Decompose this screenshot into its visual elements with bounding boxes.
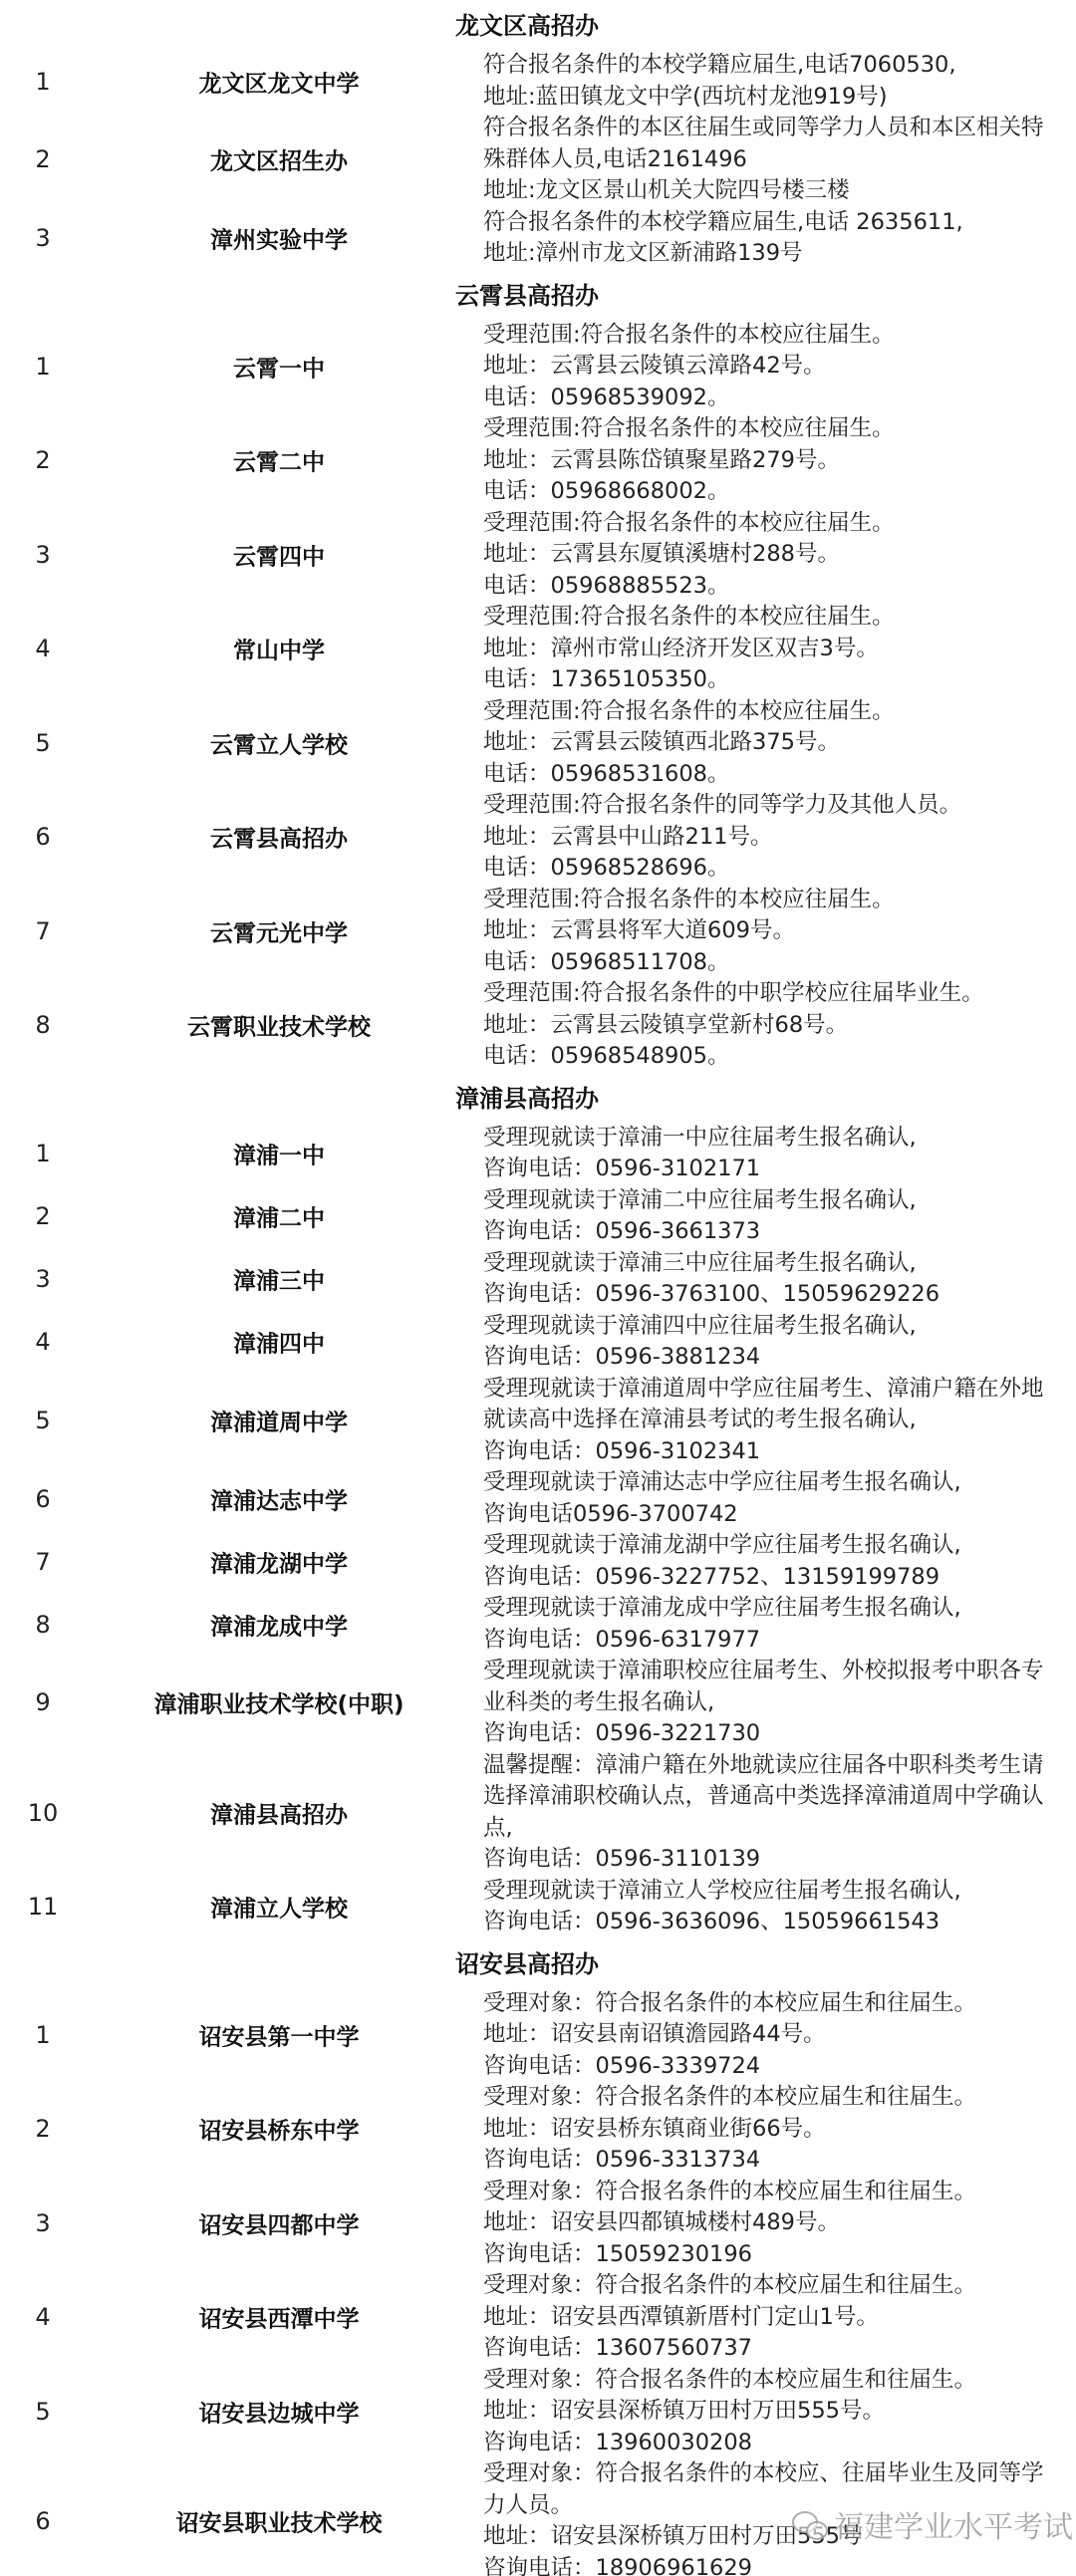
school-name: 漳浦达志中学: [120, 1482, 438, 1515]
school-name: 云霄四中: [120, 538, 438, 571]
site-details: 受理对象：符合报名条件的本校应届生和往届生。地址：诏安县桥东镇商业街66号。咨询…: [483, 2082, 1076, 2177]
detail-line: 受理现就读于漳浦四中应往届考生报名确认,: [483, 1311, 1076, 1343]
detail-line: 受理范围:符合报名条件的本校应往届生。: [483, 413, 1076, 445]
detail-line: 受理现就读于漳浦道周中学应往届考生、漳浦户籍在外地: [483, 1374, 1076, 1406]
detail-line: 受理对象：符合报名条件的本校应届生和往届生。: [483, 2177, 1076, 2208]
row-number: 3: [0, 1265, 86, 1293]
detail-line: 电话：05968531608。: [483, 759, 1076, 791]
wechat-icon: [792, 2509, 828, 2539]
detail-line: 咨询电话：0596-3227752、13159199789: [483, 1562, 1076, 1594]
row-number: 9: [0, 1688, 86, 1716]
row-number: 3: [0, 224, 86, 252]
site-details: 受理现就读于漳浦一中应往届考生报名确认,咨询电话：0596-3102171: [483, 1123, 1076, 1185]
detail-line: 受理范围:符合报名条件的同等学力及其他人员。: [483, 790, 1076, 822]
school-name: 常山中学: [120, 633, 438, 665]
watermark: 福建学业水平考试: [792, 2502, 1073, 2546]
detail-line: 受理对象：符合报名条件的本校应届生和往届生。: [483, 2365, 1076, 2397]
table-row: 9漳浦职业技术学校(中职)受理现就读于漳浦职校应往届考生、外校拟报考中职各专业科…: [0, 1656, 1076, 1750]
site-details: 受理范围:符合报名条件的同等学力及其他人员。地址：云霄县中山路211号。电话：0…: [483, 790, 1076, 885]
detail-line: 受理范围:符合报名条件的本校应往届生。: [483, 696, 1076, 728]
table-row: 3漳州实验中学符合报名条件的本校学籍应届生,电话 2635611,地址:漳州市龙…: [0, 207, 1076, 270]
site-details: 受理现就读于漳浦龙成中学应往届考生报名确认,咨询电话：0596-6317977: [483, 1593, 1076, 1656]
site-details: 受理现就读于漳浦四中应往届考生报名确认,咨询电话：0596-3881234: [483, 1311, 1076, 1374]
detail-line: 点,: [483, 1813, 1076, 1845]
site-details: 受理对象：符合报名条件的本校应届生和往届生。地址：诏安县深桥镇万田村万田555号…: [483, 2365, 1076, 2459]
site-details: 符合报名条件的本校学籍应届生,电话7060530,地址:蓝田镇龙文中学(西坑村龙…: [483, 50, 1076, 113]
site-details: 受理现就读于漳浦龙湖中学应往届考生报名确认,咨询电话：0596-3227752、…: [483, 1530, 1076, 1593]
table-row: 5云霄立人学校受理范围:符合报名条件的本校应往届生。地址：云霄县云陵镇西北路37…: [0, 696, 1076, 791]
table-row: 11漳浦立人学校受理现就读于漳浦立人学校应往届考生报名确认,咨询电话：0596-…: [0, 1876, 1076, 1938]
site-details: 受理对象：符合报名条件的本校应届生和往届生。地址：诏安县西潭镇新厝村门定山1号。…: [483, 2270, 1076, 2365]
table-row: 2漳浦二中受理现就读于漳浦二中应往届考生报名确认,咨询电话：0596-36613…: [0, 1185, 1076, 1248]
detail-line: 地址：诏安县四都镇城楼村489号。: [483, 2207, 1076, 2239]
row-number: 8: [0, 1011, 86, 1039]
detail-line: 受理对象：符合报名条件的本校应、往届毕业生及同等学: [483, 2458, 1076, 2490]
site-details: 受理现就读于漳浦道周中学应往届考生、漳浦户籍在外地就读高中选择在漳浦县考试的考生…: [483, 1374, 1076, 1468]
table-row: 4漳浦四中受理现就读于漳浦四中应往届考生报名确认,咨询电话：0596-38812…: [0, 1311, 1076, 1374]
school-name: 漳浦龙湖中学: [120, 1545, 438, 1578]
detail-line: 业科类的考生报名确认,: [483, 1687, 1076, 1719]
row-number: 6: [0, 1485, 86, 1513]
table-row: 7漳浦龙湖中学受理现就读于漳浦龙湖中学应往届考生报名确认,咨询电话：0596-3…: [0, 1530, 1076, 1593]
school-name: 漳浦立人学校: [120, 1891, 438, 1924]
table-row: 8漳浦龙成中学受理现就读于漳浦龙成中学应往届考生报名确认,咨询电话：0596-6…: [0, 1593, 1076, 1656]
detail-line: 受理现就读于漳浦龙湖中学应往届考生报名确认,: [483, 1530, 1076, 1562]
detail-line: 咨询电话：0596-3110139: [483, 1844, 1076, 1876]
detail-line: 受理现就读于漳浦达志中学应往届考生报名确认,: [483, 1467, 1076, 1499]
detail-line: 电话：05968885523。: [483, 571, 1076, 603]
detail-line: 咨询电话：13960030208: [483, 2428, 1076, 2459]
detail-line: 受理现就读于漳浦二中应往届考生报名确认,: [483, 1185, 1076, 1217]
school-name: 云霄元光中学: [120, 914, 438, 947]
table-row: 2龙文区招生办符合报名条件的本区往届生或同等学力人员和本区相关特殊群体人员,电话…: [0, 113, 1076, 207]
school-name: 诏安县边城中学: [120, 2395, 438, 2428]
row-number: 4: [0, 635, 86, 662]
school-name: 漳浦三中: [120, 1263, 438, 1296]
detail-line: 温馨提醒：漳浦户籍在外地就读应往届各中职科类考生请: [483, 1750, 1076, 1782]
detail-line: 受理范围:符合报名条件的本校应往届生。: [483, 320, 1076, 352]
section-title: 漳浦县高招办: [455, 1083, 599, 1115]
detail-line: 地址：云霄县将军大道609号。: [483, 915, 1076, 947]
detail-line: 咨询电话：0596-3102171: [483, 1154, 1076, 1185]
school-name: 云霄县高招办: [120, 821, 438, 854]
detail-line: 咨询电话：0596-3221730: [483, 1718, 1076, 1750]
table-row: 4诏安县西潭中学受理对象：符合报名条件的本校应届生和往届生。地址：诏安县西潭镇新…: [0, 2270, 1076, 2365]
row-number: 1: [0, 2021, 86, 2049]
detail-line: 地址：云霄县东厦镇溪塘村288号。: [483, 539, 1076, 571]
site-details: 受理范围:符合报名条件的本校应往届生。地址：云霄县云陵镇西北路375号。电话：0…: [483, 696, 1076, 791]
school-name: 云霄二中: [120, 444, 438, 477]
detail-line: 地址:蓝田镇龙文中学(西坑村龙池919号): [483, 82, 1076, 114]
detail-line: 符合报名条件的本校学籍应届生,电话 2635611,: [483, 207, 1076, 239]
row-number: 1: [0, 353, 86, 381]
table-row: 7云霄元光中学受理范围:符合报名条件的本校应往届生。地址：云霄县将军大道609号…: [0, 885, 1076, 979]
detail-line: 咨询电话：0596-6317977: [483, 1625, 1076, 1657]
site-details: 受理对象：符合报名条件的本校应届生和往届生。地址：诏安县南诏镇澹园路44号。咨询…: [483, 1988, 1076, 2083]
detail-line: 地址：云霄县云陵镇云漳路42号。: [483, 351, 1076, 383]
detail-line: 咨询电话：0596-3339724: [483, 2051, 1076, 2083]
school-name: 诏安县桥东中学: [120, 2113, 438, 2146]
detail-line: 地址：云霄县陈岱镇聚星路279号。: [483, 445, 1076, 477]
section-rows: 1漳浦一中受理现就读于漳浦一中应往届考生报名确认,咨询电话：0596-31021…: [0, 1123, 1076, 1938]
detail-line: 地址：诏安县桥东镇商业街66号。: [483, 2114, 1076, 2146]
section-title: 诏安县高招办: [455, 1948, 599, 1980]
school-name: 漳浦一中: [120, 1138, 438, 1170]
table-row: 6漳浦达志中学受理现就读于漳浦达志中学应往届考生报名确认,咨询电话0596-37…: [0, 1467, 1076, 1530]
section-rows: 1龙文区龙文中学符合报名条件的本校学籍应届生,电话7060530,地址:蓝田镇龙…: [0, 50, 1076, 270]
detail-line: 受理现就读于漳浦三中应往届考生报名确认,: [483, 1248, 1076, 1280]
site-details: 符合报名条件的本校学籍应届生,电话 2635611,地址:漳州市龙文区新浦路13…: [483, 207, 1076, 270]
row-number: 8: [0, 1611, 86, 1639]
section-header: 龙文区高招办: [0, 0, 1076, 50]
site-details: 受理范围:符合报名条件的本校应往届生。地址：漳州市常山经济开发区双吉3号。电话：…: [483, 602, 1076, 696]
registration-sites-table: 龙文区高招办 1龙文区龙文中学符合报名条件的本校学籍应届生,电话7060530,…: [0, 0, 1076, 2576]
detail-line: 电话：05968668002。: [483, 476, 1076, 508]
row-number: 4: [0, 2303, 86, 2331]
school-name: 龙文区龙文中学: [120, 65, 438, 98]
detail-line: 受理对象：符合报名条件的本校应届生和往届生。: [483, 2270, 1076, 2302]
site-details: 受理现就读于漳浦二中应往届考生报名确认,咨询电话：0596-3661373: [483, 1185, 1076, 1248]
detail-line: 咨询电话：13607560737: [483, 2333, 1076, 2365]
school-name: 云霄立人学校: [120, 726, 438, 759]
detail-line: 电话：17365105350。: [483, 664, 1076, 696]
detail-line: 受理现就读于漳浦龙成中学应往届考生报名确认,: [483, 1593, 1076, 1625]
row-number: 5: [0, 729, 86, 757]
detail-line: 就读高中选择在漳浦县考试的考生报名确认,: [483, 1405, 1076, 1436]
section-title: 云霄县高招办: [455, 280, 599, 312]
school-name: 漳浦二中: [120, 1200, 438, 1233]
detail-line: 咨询电话：0596-3763100、15059629226: [483, 1279, 1076, 1311]
detail-line: 地址：诏安县南诏镇澹园路44号。: [483, 2019, 1076, 2051]
row-number: 11: [0, 1893, 86, 1921]
school-name: 云霄一中: [120, 350, 438, 383]
table-row: 10漳浦县高招办温馨提醒：漳浦户籍在外地就读应往届各中职科类考生请选择漳浦职校确…: [0, 1750, 1076, 1876]
detail-line: 选择漳浦职校确认点，普通高中类选择漳浦道周中学确认: [483, 1781, 1076, 1813]
school-name: 诏安县职业技术学校: [120, 2505, 438, 2538]
detail-line: 咨询电话：18906961629: [483, 2553, 1076, 2576]
school-name: 诏安县四都中学: [120, 2206, 438, 2239]
detail-line: 地址：诏安县西潭镇新厝村门定山1号。: [483, 2302, 1076, 2334]
section-header: 诏安县高招办: [0, 1938, 1076, 1988]
detail-line: 咨询电话：0596-3102341: [483, 1436, 1076, 1468]
section-rows: 1云霄一中受理范围:符合报名条件的本校应往届生。地址：云霄县云陵镇云漳路42号。…: [0, 320, 1076, 1073]
row-number: 3: [0, 541, 86, 569]
table-row: 8云霄职业技术学校受理范围:符合报名条件的中职学校应往届毕业生。地址：云霄县云陵…: [0, 978, 1076, 1073]
row-number: 2: [0, 1202, 86, 1230]
school-name: 诏安县第一中学: [120, 2018, 438, 2051]
detail-line: 电话：05968528696。: [483, 853, 1076, 885]
section-yunxiao: 云霄县高招办 1云霄一中受理范围:符合报名条件的本校应往届生。地址：云霄县云陵镇…: [0, 270, 1076, 1073]
detail-line: 受理现就读于漳浦立人学校应往届考生报名确认,: [483, 1876, 1076, 1908]
table-row: 1诏安县第一中学受理对象：符合报名条件的本校应届生和往届生。地址：诏安县南诏镇澹…: [0, 1988, 1076, 2083]
detail-line: 受理范围:符合报名条件的本校应往届生。: [483, 602, 1076, 634]
section-header: 漳浦县高招办: [0, 1073, 1076, 1123]
row-number: 6: [0, 823, 86, 851]
detail-line: 受理范围:符合报名条件的本校应往届生。: [483, 885, 1076, 916]
table-row: 1漳浦一中受理现就读于漳浦一中应往届考生报名确认,咨询电话：0596-31021…: [0, 1123, 1076, 1185]
detail-line: 符合报名条件的本校学籍应届生,电话7060530,: [483, 50, 1076, 82]
site-details: 温馨提醒：漳浦户籍在外地就读应往届各中职科类考生请选择漳浦职校确认点，普通高中类…: [483, 1750, 1076, 1876]
section-zhangpu: 漳浦县高招办 1漳浦一中受理现就读于漳浦一中应往届考生报名确认,咨询电话：059…: [0, 1073, 1076, 1938]
site-details: 受理现就读于漳浦三中应往届考生报名确认,咨询电话：0596-3763100、15…: [483, 1248, 1076, 1311]
school-name: 漳浦道周中学: [120, 1404, 438, 1436]
detail-line: 咨询电话：0596-3313734: [483, 2145, 1076, 2177]
detail-line: 受理现就读于漳浦一中应往届考生报名确认,: [483, 1123, 1076, 1155]
detail-line: 地址：云霄县中山路211号。: [483, 822, 1076, 854]
site-details: 受理现就读于漳浦立人学校应往届考生报名确认,咨询电话：0596-3636096、…: [483, 1876, 1076, 1938]
detail-line: 地址：云霄县云陵镇享堂新村68号。: [483, 1010, 1076, 1042]
table-row: 2云霄二中受理范围:符合报名条件的本校应往届生。地址：云霄县陈岱镇聚星路279号…: [0, 413, 1076, 508]
detail-line: 地址:龙文区景山机关大院四号楼三楼: [483, 175, 1076, 207]
row-number: 7: [0, 1548, 86, 1576]
table-row: 4常山中学受理范围:符合报名条件的本校应往届生。地址：漳州市常山经济开发区双吉3…: [0, 602, 1076, 696]
detail-line: 咨询电话：0596-3661373: [483, 1216, 1076, 1248]
table-row: 5诏安县边城中学受理对象：符合报名条件的本校应届生和往届生。地址：诏安县深桥镇万…: [0, 2365, 1076, 2459]
row-number: 2: [0, 2115, 86, 2143]
site-details: 受理现就读于漳浦达志中学应往届考生报名确认,咨询电话0596-3700742: [483, 1467, 1076, 1530]
detail-line: 电话：05968511708。: [483, 947, 1076, 979]
row-number: 5: [0, 2398, 86, 2426]
section-header: 云霄县高招办: [0, 270, 1076, 320]
detail-line: 受理对象：符合报名条件的本校应届生和往届生。: [483, 1988, 1076, 2020]
section-longwen: 龙文区高招办 1龙文区龙文中学符合报名条件的本校学籍应届生,电话7060530,…: [0, 0, 1076, 270]
school-name: 龙文区招生办: [120, 143, 438, 176]
table-row: 3诏安县四都中学受理对象：符合报名条件的本校应届生和往届生。地址：诏安县四都镇城…: [0, 2177, 1076, 2271]
site-details: 受理范围:符合报名条件的本校应往届生。地址：云霄县陈岱镇聚星路279号。电话：0…: [483, 413, 1076, 508]
row-number: 10: [0, 1799, 86, 1827]
detail-line: 符合报名条件的本区往届生或同等学力人员和本区相关特: [483, 113, 1076, 144]
detail-line: 地址:漳州市龙文区新浦路139号: [483, 238, 1076, 270]
row-number: 4: [0, 1328, 86, 1356]
site-details: 受理对象：符合报名条件的本校应届生和往届生。地址：诏安县四都镇城楼村489号。咨…: [483, 2177, 1076, 2271]
site-details: 符合报名条件的本区往届生或同等学力人员和本区相关特殊群体人员,电话2161496…: [483, 113, 1076, 207]
detail-line: 受理现就读于漳浦职校应往届考生、外校拟报考中职各专: [483, 1656, 1076, 1687]
row-number: 6: [0, 2507, 86, 2535]
detail-line: 地址：诏安县深桥镇万田村万田555号。: [483, 2396, 1076, 2428]
school-name: 漳浦四中: [120, 1326, 438, 1359]
site-details: 受理范围:符合报名条件的本校应往届生。地址：云霄县云陵镇云漳路42号。电话：05…: [483, 320, 1076, 414]
table-row: 5漳浦道周中学受理现就读于漳浦道周中学应往届考生、漳浦户籍在外地就读高中选择在漳…: [0, 1374, 1076, 1468]
row-number: 5: [0, 1407, 86, 1434]
school-name: 漳浦龙成中学: [120, 1608, 438, 1641]
detail-line: 殊群体人员,电话2161496: [483, 144, 1076, 176]
site-details: 受理范围:符合报名条件的本校应往届生。地址：云霄县将军大道609号。电话：059…: [483, 885, 1076, 979]
watermark-text: 福建学业水平考试: [834, 2502, 1073, 2546]
section-zhaoan: 诏安县高招办 1诏安县第一中学受理对象：符合报名条件的本校应届生和往届生。地址：…: [0, 1938, 1076, 2576]
table-row: 1龙文区龙文中学符合报名条件的本校学籍应届生,电话7060530,地址:蓝田镇龙…: [0, 50, 1076, 113]
detail-line: 咨询电话：0596-3881234: [483, 1342, 1076, 1374]
table-row: 3漳浦三中受理现就读于漳浦三中应往届考生报名确认,咨询电话：0596-37631…: [0, 1248, 1076, 1311]
row-number: 7: [0, 917, 86, 945]
site-details: 受理现就读于漳浦职校应往届考生、外校拟报考中职各专业科类的考生报名确认,咨询电话…: [483, 1656, 1076, 1750]
site-details: 受理范围:符合报名条件的本校应往届生。地址：云霄县东厦镇溪塘村288号。电话：0…: [483, 508, 1076, 603]
table-row: 1云霄一中受理范围:符合报名条件的本校应往届生。地址：云霄县云陵镇云漳路42号。…: [0, 320, 1076, 414]
detail-line: 咨询电话：15059230196: [483, 2239, 1076, 2271]
school-name: 漳浦县高招办: [120, 1796, 438, 1829]
row-number: 1: [0, 1140, 86, 1167]
section-title: 龙文区高招办: [455, 10, 599, 42]
detail-line: 咨询电话0596-3700742: [483, 1499, 1076, 1531]
row-number: 1: [0, 68, 86, 96]
detail-line: 地址：漳州市常山经济开发区双吉3号。: [483, 634, 1076, 665]
table-row: 2诏安县桥东中学受理对象：符合报名条件的本校应届生和往届生。地址：诏安县桥东镇商…: [0, 2082, 1076, 2177]
detail-line: 咨询电话：0596-3636096、15059661543: [483, 1907, 1076, 1938]
detail-line: 电话：05968539092。: [483, 383, 1076, 414]
row-number: 2: [0, 446, 86, 474]
detail-line: 地址：云霄县云陵镇西北路375号。: [483, 727, 1076, 759]
school-name: 云霄职业技术学校: [120, 1009, 438, 1042]
school-name: 漳州实验中学: [120, 222, 438, 255]
site-details: 受理范围:符合报名条件的中职学校应往届毕业生。地址：云霄县云陵镇享堂新村68号。…: [483, 978, 1076, 1073]
section-rows: 1诏安县第一中学受理对象：符合报名条件的本校应届生和往届生。地址：诏安县南诏镇澹…: [0, 1988, 1076, 2576]
detail-line: 受理范围:符合报名条件的中职学校应往届毕业生。: [483, 978, 1076, 1010]
row-number: 3: [0, 2209, 86, 2237]
school-name: 诏安县西潭中学: [120, 2301, 438, 2334]
row-number: 2: [0, 145, 86, 173]
detail-line: 电话：05968548905。: [483, 1041, 1076, 1073]
detail-line: 受理范围:符合报名条件的本校应往届生。: [483, 508, 1076, 540]
school-name: 漳浦职业技术学校(中职): [120, 1686, 438, 1719]
detail-line: 受理对象：符合报名条件的本校应届生和往届生。: [483, 2082, 1076, 2114]
table-row: 6云霄县高招办受理范围:符合报名条件的同等学力及其他人员。地址：云霄县中山路21…: [0, 790, 1076, 885]
table-row: 3云霄四中受理范围:符合报名条件的本校应往届生。地址：云霄县东厦镇溪塘村288号…: [0, 508, 1076, 603]
